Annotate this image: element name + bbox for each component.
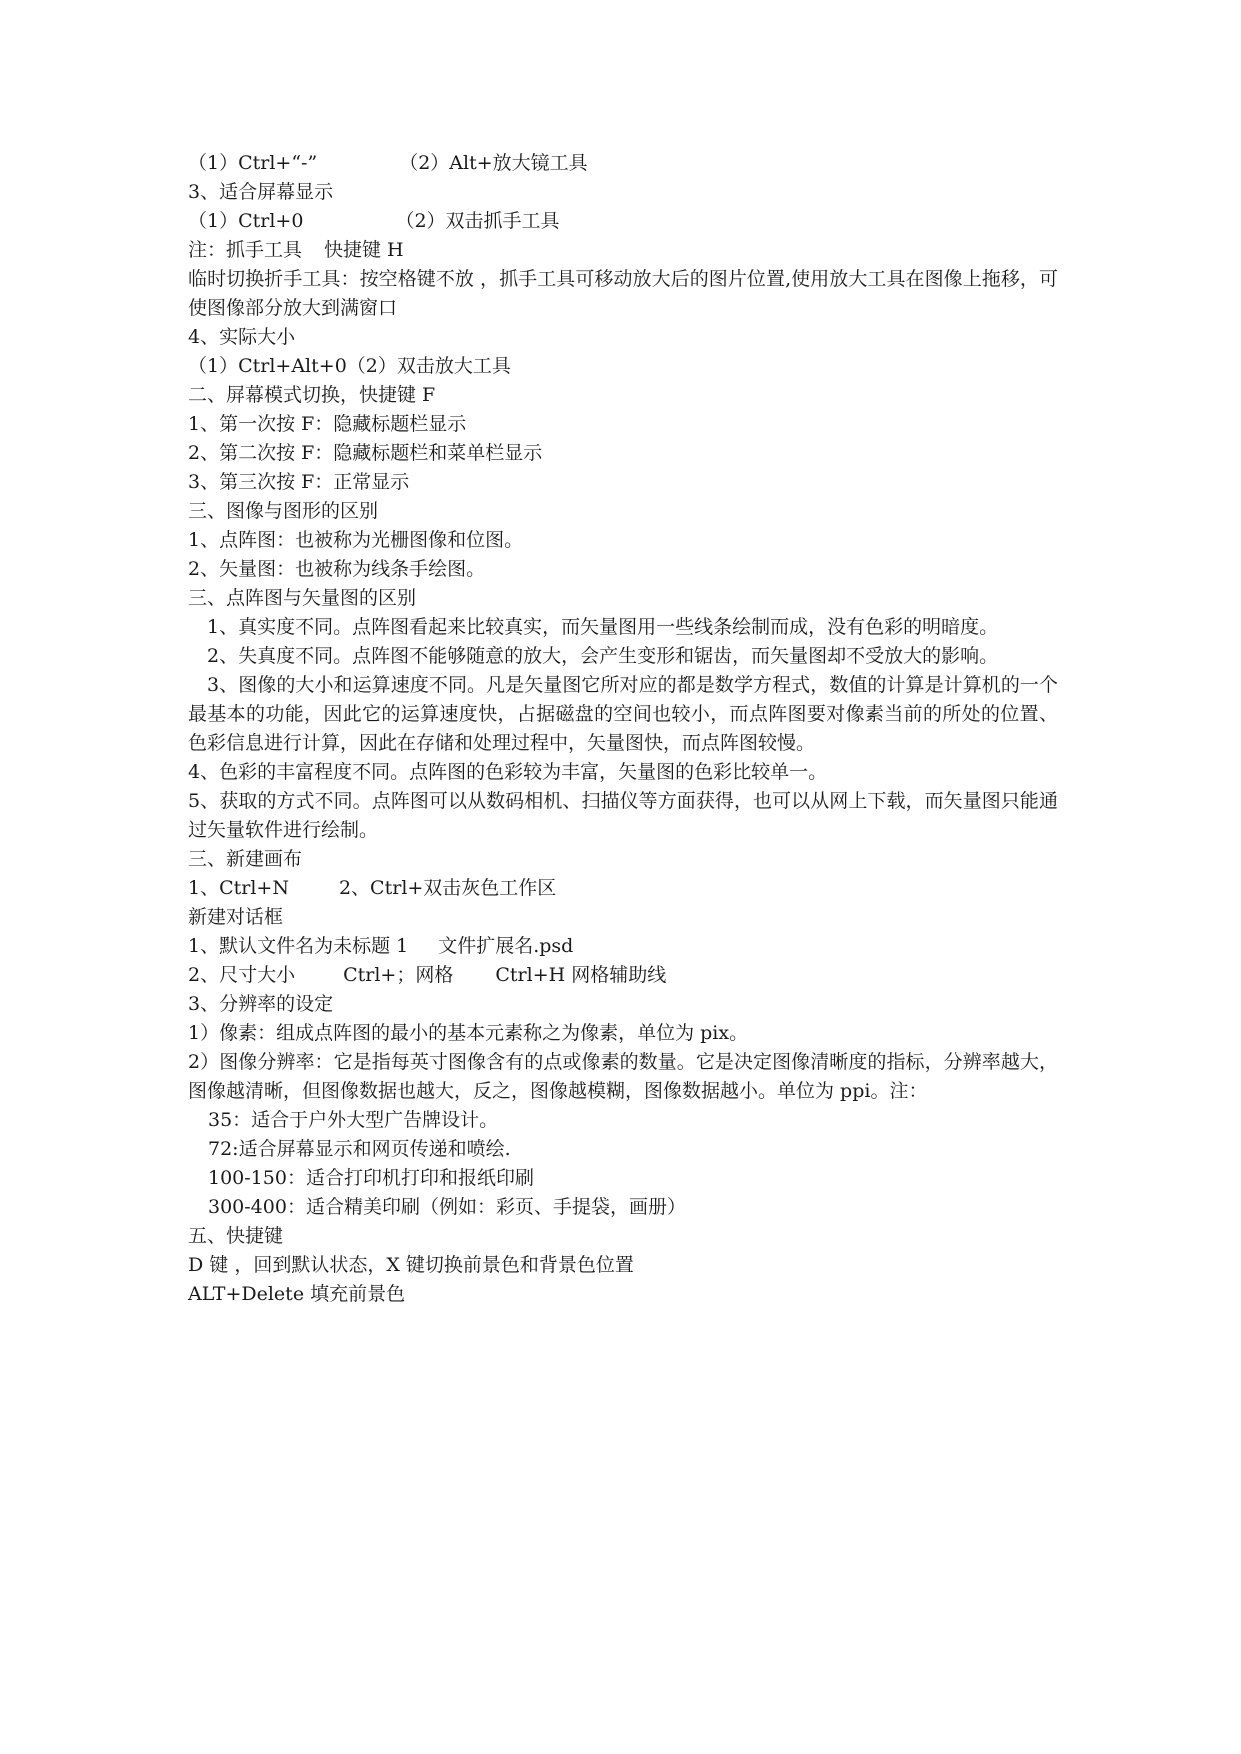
new-canvas-shortcuts: 1、Ctrl+N2、Ctrl+双击灰色工作区 [188, 874, 1058, 903]
screen-mode-item-1: 1、第一次按 F：隐藏标题栏显示 [188, 410, 1058, 439]
text: 1、Ctrl+N [188, 877, 289, 899]
heading-shortcuts: 五、快捷键 [188, 1222, 1058, 1251]
resolution-100-150: 100-150：适合打印机打印和报纸印刷 [188, 1164, 1058, 1193]
heading-new-dialog: 新建对话框 [188, 903, 1058, 932]
text: 2、尺寸大小 [188, 964, 295, 986]
text: 快捷键 H [324, 239, 404, 261]
bitmap-definition: 1、点阵图：也被称为光栅图像和位图。 [188, 526, 1058, 555]
text: 2、Ctrl+双击灰色工作区 [339, 877, 556, 899]
resolution-300-400: 300-400：适合精美印刷（例如：彩页、手提袋，画册） [188, 1193, 1058, 1222]
text: Ctrl+；网格 [343, 964, 453, 986]
vector-definition: 2、矢量图：也被称为线条手绘图。 [188, 555, 1058, 584]
heading-new-canvas: 三、新建画布 [188, 845, 1058, 874]
size-grid-shortcuts: 2、尺寸大小Ctrl+；网格Ctrl+H 网格辅助线 [188, 961, 1058, 990]
shortcut-alt-delete: ALT+Delete 填充前景色 [188, 1280, 1058, 1309]
text: （2）Alt+放大镜工具 [399, 152, 587, 174]
document-page: （1）Ctrl+“-”（2）Alt+放大镜工具 3、适合屏幕显示 （1）Ctrl… [188, 149, 1058, 1309]
text: Ctrl+H 网格辅助线 [495, 964, 666, 986]
paragraph-acquisition: 5、获取的方式不同。点阵图可以从数码相机、扫描仪等方面获得，也可以从网上下载，而… [188, 787, 1058, 845]
heading-bitmap-vs-vector: 三、点阵图与矢量图的区别 [188, 584, 1058, 613]
text: （1）Ctrl+“-” [188, 152, 317, 174]
text: （1）Ctrl+0 [188, 210, 303, 232]
text: （2）双击抓手工具 [395, 210, 559, 232]
heading-image-vs-graphic: 三、图像与图形的区别 [188, 497, 1058, 526]
paragraph-pixel: 1）像素：组成点阵图的最小的基本元素称之为像素，单位为 pix。 [188, 1019, 1058, 1048]
heading-fit-screen: 3、适合屏幕显示 [188, 178, 1058, 207]
heading-actual-size: 4、实际大小 [188, 323, 1058, 352]
paragraph-image-resolution: 2）图像分辨率：它是指每英寸图像含有的点或像素的数量。它是决定图像清晰度的指标，… [188, 1048, 1058, 1106]
zoom-out-shortcuts: （1）Ctrl+“-”（2）Alt+放大镜工具 [188, 149, 1058, 178]
actual-size-shortcuts: （1）Ctrl+Alt+0（2）双击放大工具 [188, 352, 1058, 381]
text: 1、默认文件名为未标题 1 [188, 935, 408, 957]
paragraph-temp-hand-tool: 临时切换折手工具：按空格键不放 ，抓手工具可移动放大后的图片位置,使用放大工具在… [188, 265, 1058, 323]
shortcut-d-x-keys: D 键 ，回到默认状态，X 键切换前景色和背景色位置 [188, 1251, 1058, 1280]
heading-resolution: 3、分辨率的设定 [188, 990, 1058, 1019]
screen-mode-item-3: 3、第三次按 F：正常显示 [188, 468, 1058, 497]
paragraph-distortion: 2、失真度不同。点阵图不能够随意的放大，会产生变形和锯齿，而矢量图却不受放大的影… [188, 642, 1058, 671]
paragraph-size-speed: 3、图像的大小和运算速度不同。凡是矢量图它所对应的都是数学方程式，数值的计算是计… [188, 671, 1058, 758]
hand-tool-note: 注：抓手工具快捷键 H [188, 236, 1058, 265]
paragraph-color-richness: 4、色彩的丰富程度不同。点阵图的色彩较为丰富，矢量图的色彩比较单一。 [188, 758, 1058, 787]
text: 注：抓手工具 [188, 239, 302, 261]
resolution-72: 72:适合屏幕显示和网页传递和喷绘. [188, 1135, 1058, 1164]
screen-mode-item-2: 2、第二次按 F：隐藏标题栏和菜单栏显示 [188, 439, 1058, 468]
heading-screen-mode: 二、屏幕模式切换，快捷键 F [188, 381, 1058, 410]
paragraph-realism: 1、真实度不同。点阵图看起来比较真实，而矢量图用一些线条绘制而成，没有色彩的明暗… [188, 613, 1058, 642]
text: 文件扩展名.psd [438, 935, 573, 957]
resolution-35: 35：适合于户外大型广告牌设计。 [188, 1106, 1058, 1135]
default-filename: 1、默认文件名为未标题 1文件扩展名.psd [188, 932, 1058, 961]
fit-screen-shortcuts: （1）Ctrl+0（2）双击抓手工具 [188, 207, 1058, 236]
